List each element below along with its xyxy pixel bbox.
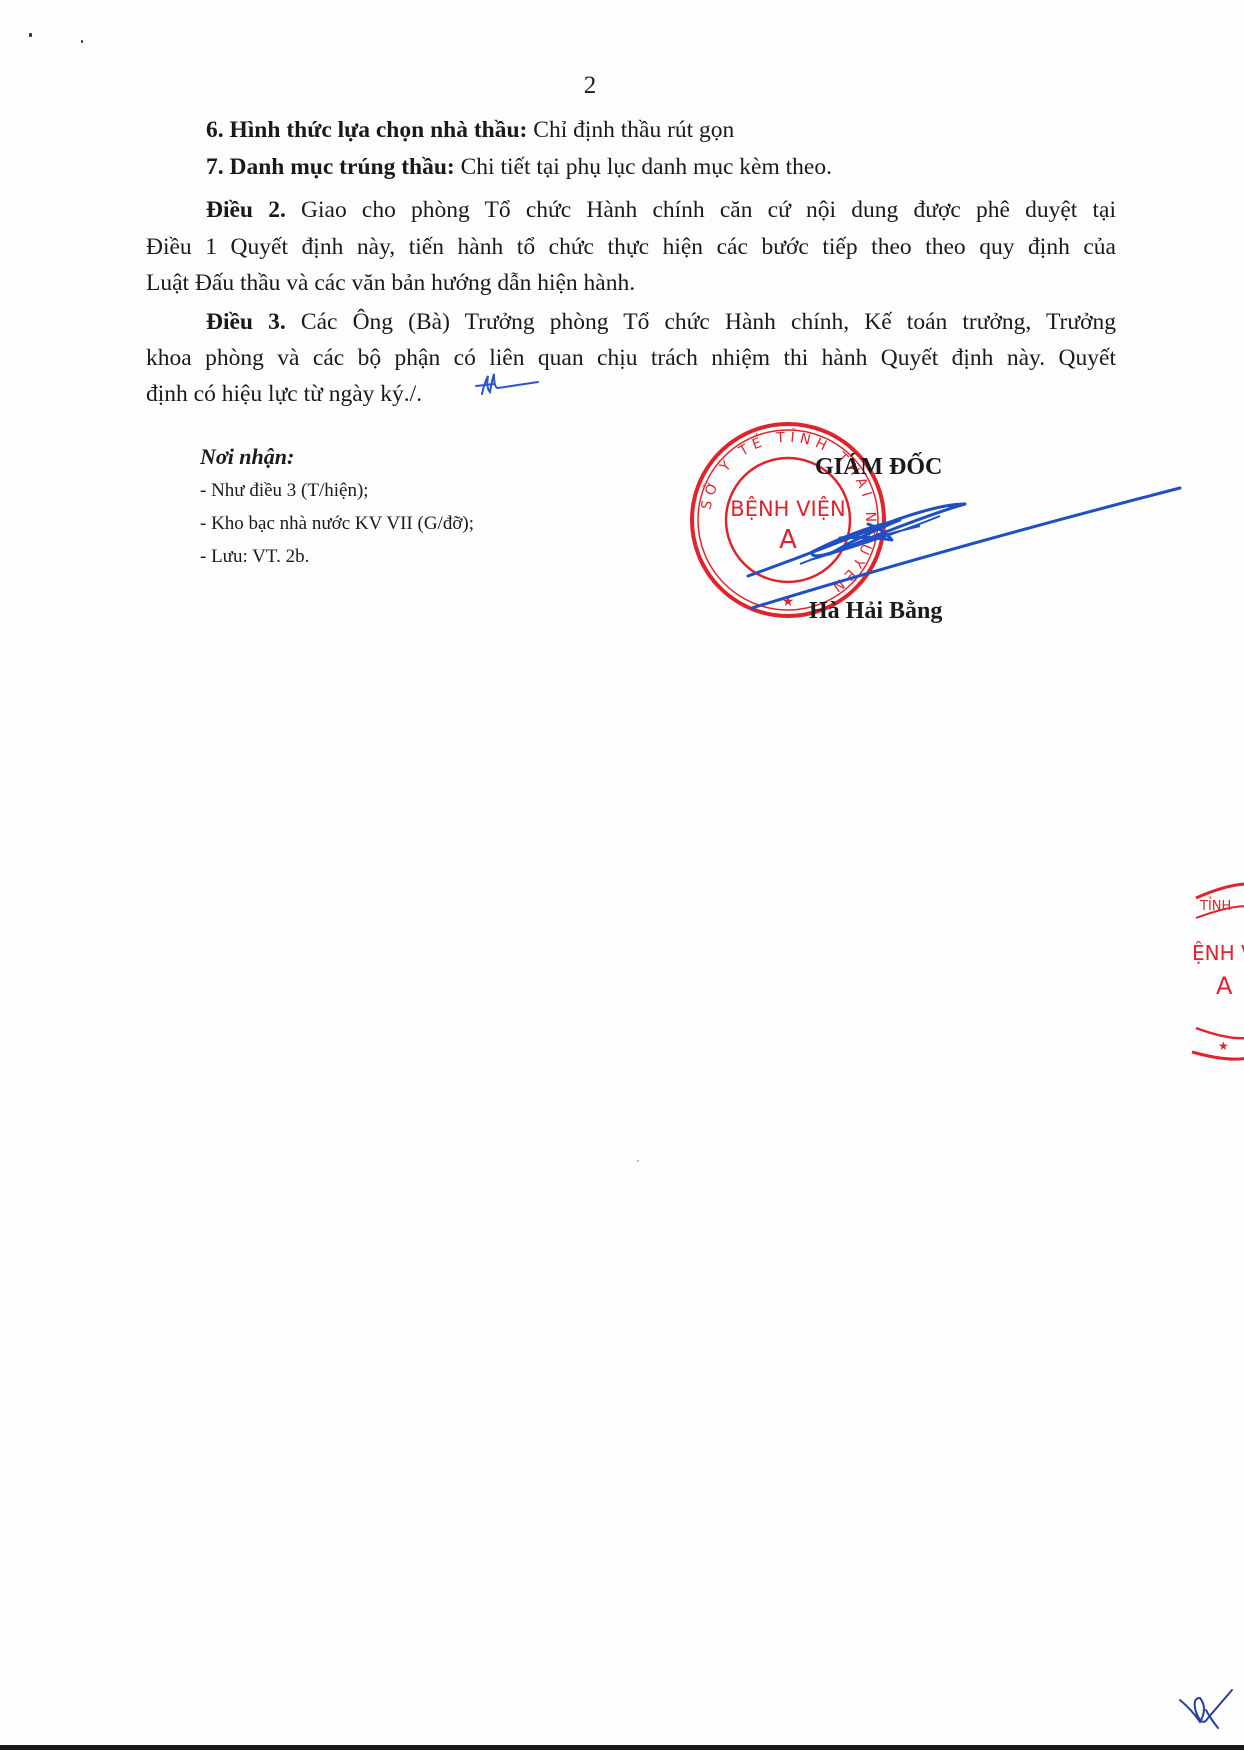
recipient-item: - Như điều 3 (T/hiện);: [200, 480, 369, 502]
initial-signature-icon: [472, 370, 544, 400]
item-label: 7. Danh mục trúng thầu:: [206, 154, 455, 180]
item-text: Chỉ định thầu rút gọn: [527, 117, 734, 143]
partial-stamp-center-1: ỆNH V: [1192, 941, 1244, 965]
recipient-item: - Lưu: VT. 2b.: [200, 546, 309, 568]
article-2-line-1: Điều 2. Giao cho phòng Tổ chức Hành chín…: [206, 193, 1116, 227]
item-text: Chi tiết tại phụ lục danh mục kèm theo.: [455, 154, 832, 180]
partial-stamp: TỈNH ỆNH V A ★: [1188, 870, 1244, 1070]
scan-speck: [29, 33, 32, 37]
signatory-name: Hà Hải Bằng: [809, 598, 942, 625]
partial-stamp-center-2: A: [1216, 972, 1233, 1000]
scan-speck: [81, 40, 83, 43]
signatory-title: GIÁM ĐỐC: [815, 454, 942, 481]
scan-speck: [637, 1160, 639, 1162]
article-3-line-2: khoa phòng và các bộ phận có liên quan c…: [146, 341, 1116, 375]
article-3-line-3: định có hiệu lực từ ngày ký./.: [146, 377, 422, 411]
article-label: Điều 3.: [206, 309, 286, 335]
partial-stamp-ring: TỈNH: [1199, 897, 1231, 914]
recipient-item: - Kho bạc nhà nước KV VII (G/đỡ);: [200, 513, 474, 535]
article-text: Giao cho phòng Tổ chức Hành chính căn cứ…: [286, 197, 1116, 223]
page-number: 2: [0, 72, 1180, 100]
item-label: 6. Hình thức lựa chọn nhà thầu:: [206, 117, 527, 143]
page-initial-icon: [1178, 1688, 1244, 1738]
article-2-line-3: Luật Đấu thầu và các văn bản hướng dẫn h…: [146, 266, 1116, 300]
director-signature-icon: [740, 480, 1190, 610]
item-7: 7. Danh mục trúng thầu: Chi tiết tại phụ…: [206, 150, 1116, 184]
star-icon: ★: [1218, 1039, 1229, 1053]
article-3-line-1: Điều 3. Các Ông (Bà) Trưởng phòng Tổ chứ…: [206, 305, 1116, 339]
recipients-title: Nơi nhận:: [200, 444, 294, 470]
article-2-line-2: Điều 1 Quyết định này, tiến hành tổ chức…: [146, 230, 1116, 264]
article-text: Các Ông (Bà) Trưởng phòng Tổ chức Hành c…: [286, 309, 1116, 335]
scan-border: [0, 1745, 1244, 1750]
article-label: Điều 2.: [206, 197, 286, 223]
item-6: 6. Hình thức lựa chọn nhà thầu: Chỉ định…: [206, 113, 1116, 147]
